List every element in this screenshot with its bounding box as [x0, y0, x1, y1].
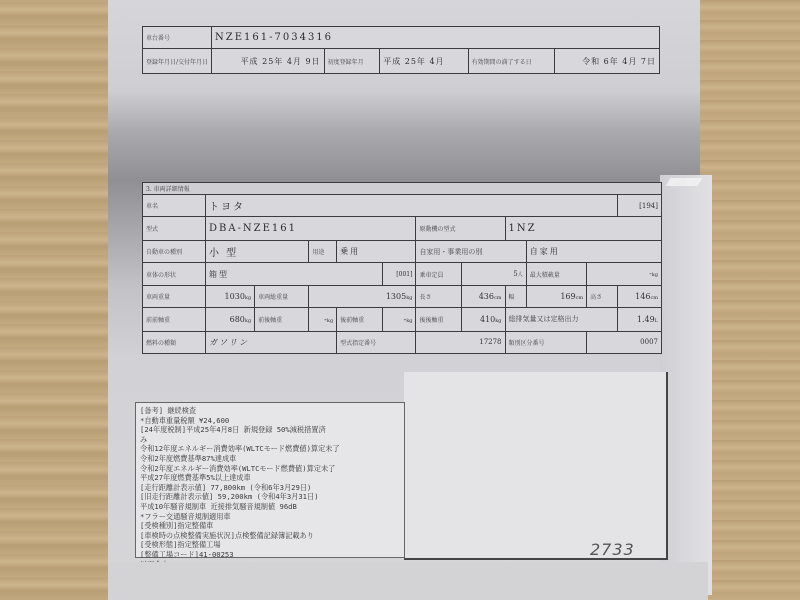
vehicle-spec-table: 3. 車両詳細情報 車名 トヨタ [194] 型式 DBA-NZE161 原動機…: [142, 182, 662, 354]
remarks-line: [24年度税制]平成25年4月8日 新規登録 50%減税措置済: [140, 425, 400, 435]
max-load-value: -kg: [587, 263, 662, 285]
max-load-label: 最大積載量: [526, 263, 586, 285]
front-front-axle-label: 前前軸重: [143, 307, 206, 331]
private-business-value: 自家用: [526, 241, 661, 263]
remarks-line: 令和2年度エネルギー消費効率(WLTCモード燃費値)算定未了: [140, 464, 400, 474]
first-registration-label: 初度登録年月: [324, 49, 380, 74]
private-business-label: 自家用・事業用の別: [416, 241, 526, 263]
engine-label: 原動機の型式: [416, 217, 505, 241]
gross-weight-label: 車両総重量: [255, 285, 309, 307]
rear-front-axle-value: -kg: [382, 307, 416, 331]
use-label: 用途: [309, 241, 337, 263]
front-front-axle-value: 680kg: [205, 307, 254, 331]
gross-weight-value: 1305kg: [309, 285, 416, 307]
rear-front-axle-label: 後前軸重: [337, 307, 382, 331]
handwritten-note: 2733: [590, 540, 635, 559]
registration-date-value: 平成 25年 4月 9日: [212, 49, 325, 74]
maker-label: 車名: [143, 195, 206, 217]
displacement-value: 1.49L: [618, 307, 662, 331]
glare: [666, 178, 703, 186]
section-title: 3. 車両詳細情報: [143, 183, 662, 195]
remarks-line: 令和2年度燃費基準87%達成車: [140, 454, 400, 464]
category-number-value: 0007: [587, 331, 662, 353]
height-value: 146cm: [618, 285, 662, 307]
remarks-line: [車検時の点検整備実施状況]点検整備記録簿記載あり: [140, 531, 400, 541]
front-rear-axle-label: 前後軸重: [255, 307, 309, 331]
remarks-line: 令和12年度エネルギー消費効率(WLTCモード燃費値)算定未了: [140, 444, 400, 454]
kind-value: 小 型: [205, 241, 308, 263]
chassis-number-value: NZE161-7034316: [212, 27, 660, 49]
remarks-line: [受検形態]指定整備工場: [140, 540, 400, 550]
displacement-label: 総排気量又は定格出力: [505, 307, 618, 331]
maker-value: トヨタ: [205, 195, 617, 217]
remarks-line: *フラー交通騒音規制適用車: [140, 512, 400, 522]
capacity-label: 乗車定員: [416, 263, 461, 285]
body-shape-label: 車体の形状: [143, 263, 206, 285]
remarks-line: [整備工場コード]41-00253: [140, 550, 400, 560]
length-label: 長さ: [416, 285, 461, 307]
width-value: 169cm: [526, 285, 586, 307]
rear-rear-axle-label: 後後軸重: [416, 307, 461, 331]
length-value: 436cm: [461, 285, 505, 307]
remarks-line: 平成27年度燃費基準5%以上達成車: [140, 473, 400, 483]
kind-label: 自動車の種別: [143, 241, 206, 263]
fuel-type-label: 燃料の種類: [143, 331, 206, 353]
chassis-number-label: 車台番号: [143, 27, 212, 49]
expiry-label: 有効期間の満了する日: [468, 49, 555, 74]
category-number-label: 類別区分番号: [505, 331, 587, 353]
remarks-panel: [备考] 継続検査*自動車重量税額 ¥24,600[24年度税制]平成25年4月…: [135, 402, 405, 558]
expiry-value: 令和 6年 4月 7日: [555, 49, 660, 74]
width-label: 幅: [505, 285, 526, 307]
sleeve-bottom-edge: [108, 562, 708, 600]
first-registration-value: 平成 25年 4月: [380, 49, 468, 74]
use-value: 乗用: [337, 241, 416, 263]
body-shape-value: 箱型: [205, 263, 382, 285]
model-label: 型式: [143, 217, 206, 241]
registration-date-label: 登録年月日/交付年月日: [143, 49, 212, 74]
maker-code: [194]: [618, 195, 662, 217]
desk-surface-left: [0, 0, 110, 600]
remarks-line: [受検種別]指定整備車: [140, 521, 400, 531]
remarks-line: 平成10年騒音規制車 近接排気騒音規制値 96dB: [140, 502, 400, 512]
fuel-type-value: ガソリン: [205, 331, 336, 353]
blank-sheet: [404, 372, 668, 560]
remarks-line: [旧走行距離計表示値] 59,200km (令和4年3月31日): [140, 492, 400, 502]
height-label: 高さ: [587, 285, 618, 307]
registration-header-table: 車台番号 NZE161-7034316 登録年月日/交付年月日 平成 25年 4…: [142, 26, 660, 74]
engine-value: 1NZ: [505, 217, 661, 241]
body-shape-code: [001]: [382, 263, 416, 285]
front-rear-axle-value: -kg: [309, 307, 337, 331]
remarks-line: み: [140, 435, 400, 445]
capacity-value: 5人: [461, 263, 526, 285]
remarks-line: [备考] 継続検査: [140, 406, 400, 416]
vehicle-weight-value: 1030kg: [205, 285, 254, 307]
desk-surface-right: [700, 0, 800, 600]
model-value: DBA-NZE161: [205, 217, 415, 241]
remarks-line: [走行距離計表示値] 77,800km (令和6年3月29日): [140, 483, 400, 493]
remarks-line: *自動車重量税額 ¥24,600: [140, 416, 400, 426]
type-approval-value: 17278: [416, 331, 505, 353]
type-approval-label: 型式指定番号: [337, 331, 416, 353]
vehicle-weight-label: 車両重量: [143, 285, 206, 307]
rear-rear-axle-value: 410kg: [461, 307, 505, 331]
